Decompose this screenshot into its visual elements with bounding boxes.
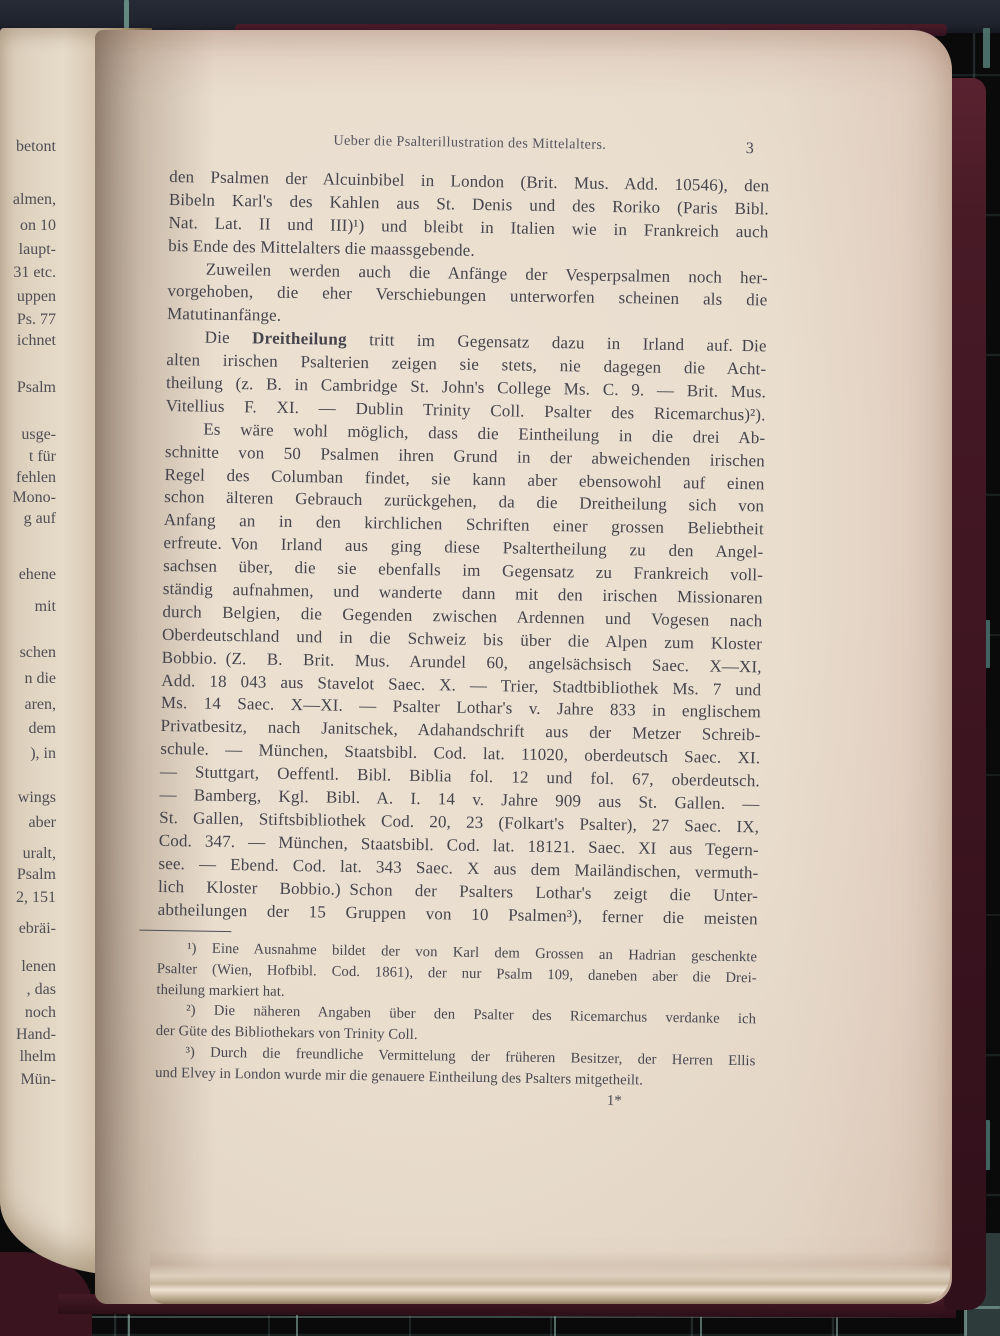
- fragment-text: Hand-: [0, 1026, 56, 1044]
- fragment-text: Psalm: [0, 379, 56, 397]
- fragment-text: betont: [0, 138, 56, 156]
- fragment-text: aber: [0, 814, 56, 832]
- fragment-text: laupt-: [0, 241, 56, 259]
- fragment-text: uppen: [0, 288, 56, 306]
- fragment-text: ichnet: [0, 332, 56, 350]
- fragment-text: g auf: [0, 510, 56, 528]
- facing-page-text-fragments: betontalmen,on 10laupt-31 etc.uppenPs. 7…: [0, 0, 60, 1336]
- fragment-text: ), in: [0, 745, 56, 763]
- page-number: 3: [746, 140, 754, 158]
- footnotes: ¹) Eine Ausnahme bildet der von Karl dem…: [155, 938, 757, 1092]
- fragment-text: lhelm: [0, 1048, 56, 1066]
- fragment-text: 31 etc.: [0, 264, 56, 282]
- page-content: Ueber die Psalterillustration des Mittel…: [155, 130, 770, 1113]
- fragment-text: dem: [0, 720, 56, 738]
- fragment-text: 2, 151: [0, 889, 56, 907]
- fragment-text: ehene: [0, 566, 56, 584]
- fragment-text: ebräi-: [0, 920, 56, 938]
- fragment-text: n die: [0, 670, 56, 688]
- page-bottom-edges: [150, 1250, 950, 1304]
- fragment-text: , das: [0, 981, 56, 999]
- fragment-text: on 10: [0, 217, 56, 235]
- fragment-text: usge-: [0, 426, 56, 444]
- photo-of-book-page: { "running_header": { "title": "Ueber di…: [0, 0, 1000, 1336]
- grout-accent: [124, 0, 129, 28]
- body-text: den Psalmen der Alcuinbibel in London (B…: [158, 166, 770, 931]
- fragment-text: Ps. 77: [0, 311, 56, 329]
- fragment-text: uralt,: [0, 845, 56, 863]
- fragment-text: t für: [0, 448, 56, 466]
- fragment-text: fehlen: [0, 469, 56, 487]
- fragment-text: aren,: [0, 696, 56, 714]
- fragment-text: almen,: [0, 191, 56, 209]
- fragment-text: Mono-: [0, 489, 56, 507]
- fragment-text: lenen: [0, 958, 56, 976]
- fragment-text: Mün-: [0, 1071, 56, 1089]
- fragment-text: noch: [0, 1004, 56, 1022]
- grout-accent: [983, 28, 990, 68]
- fragment-text: mit: [0, 598, 56, 616]
- fragment-text: wings: [0, 789, 56, 807]
- fragment-text: schen: [0, 644, 56, 662]
- fragment-text: Psalm: [0, 866, 56, 884]
